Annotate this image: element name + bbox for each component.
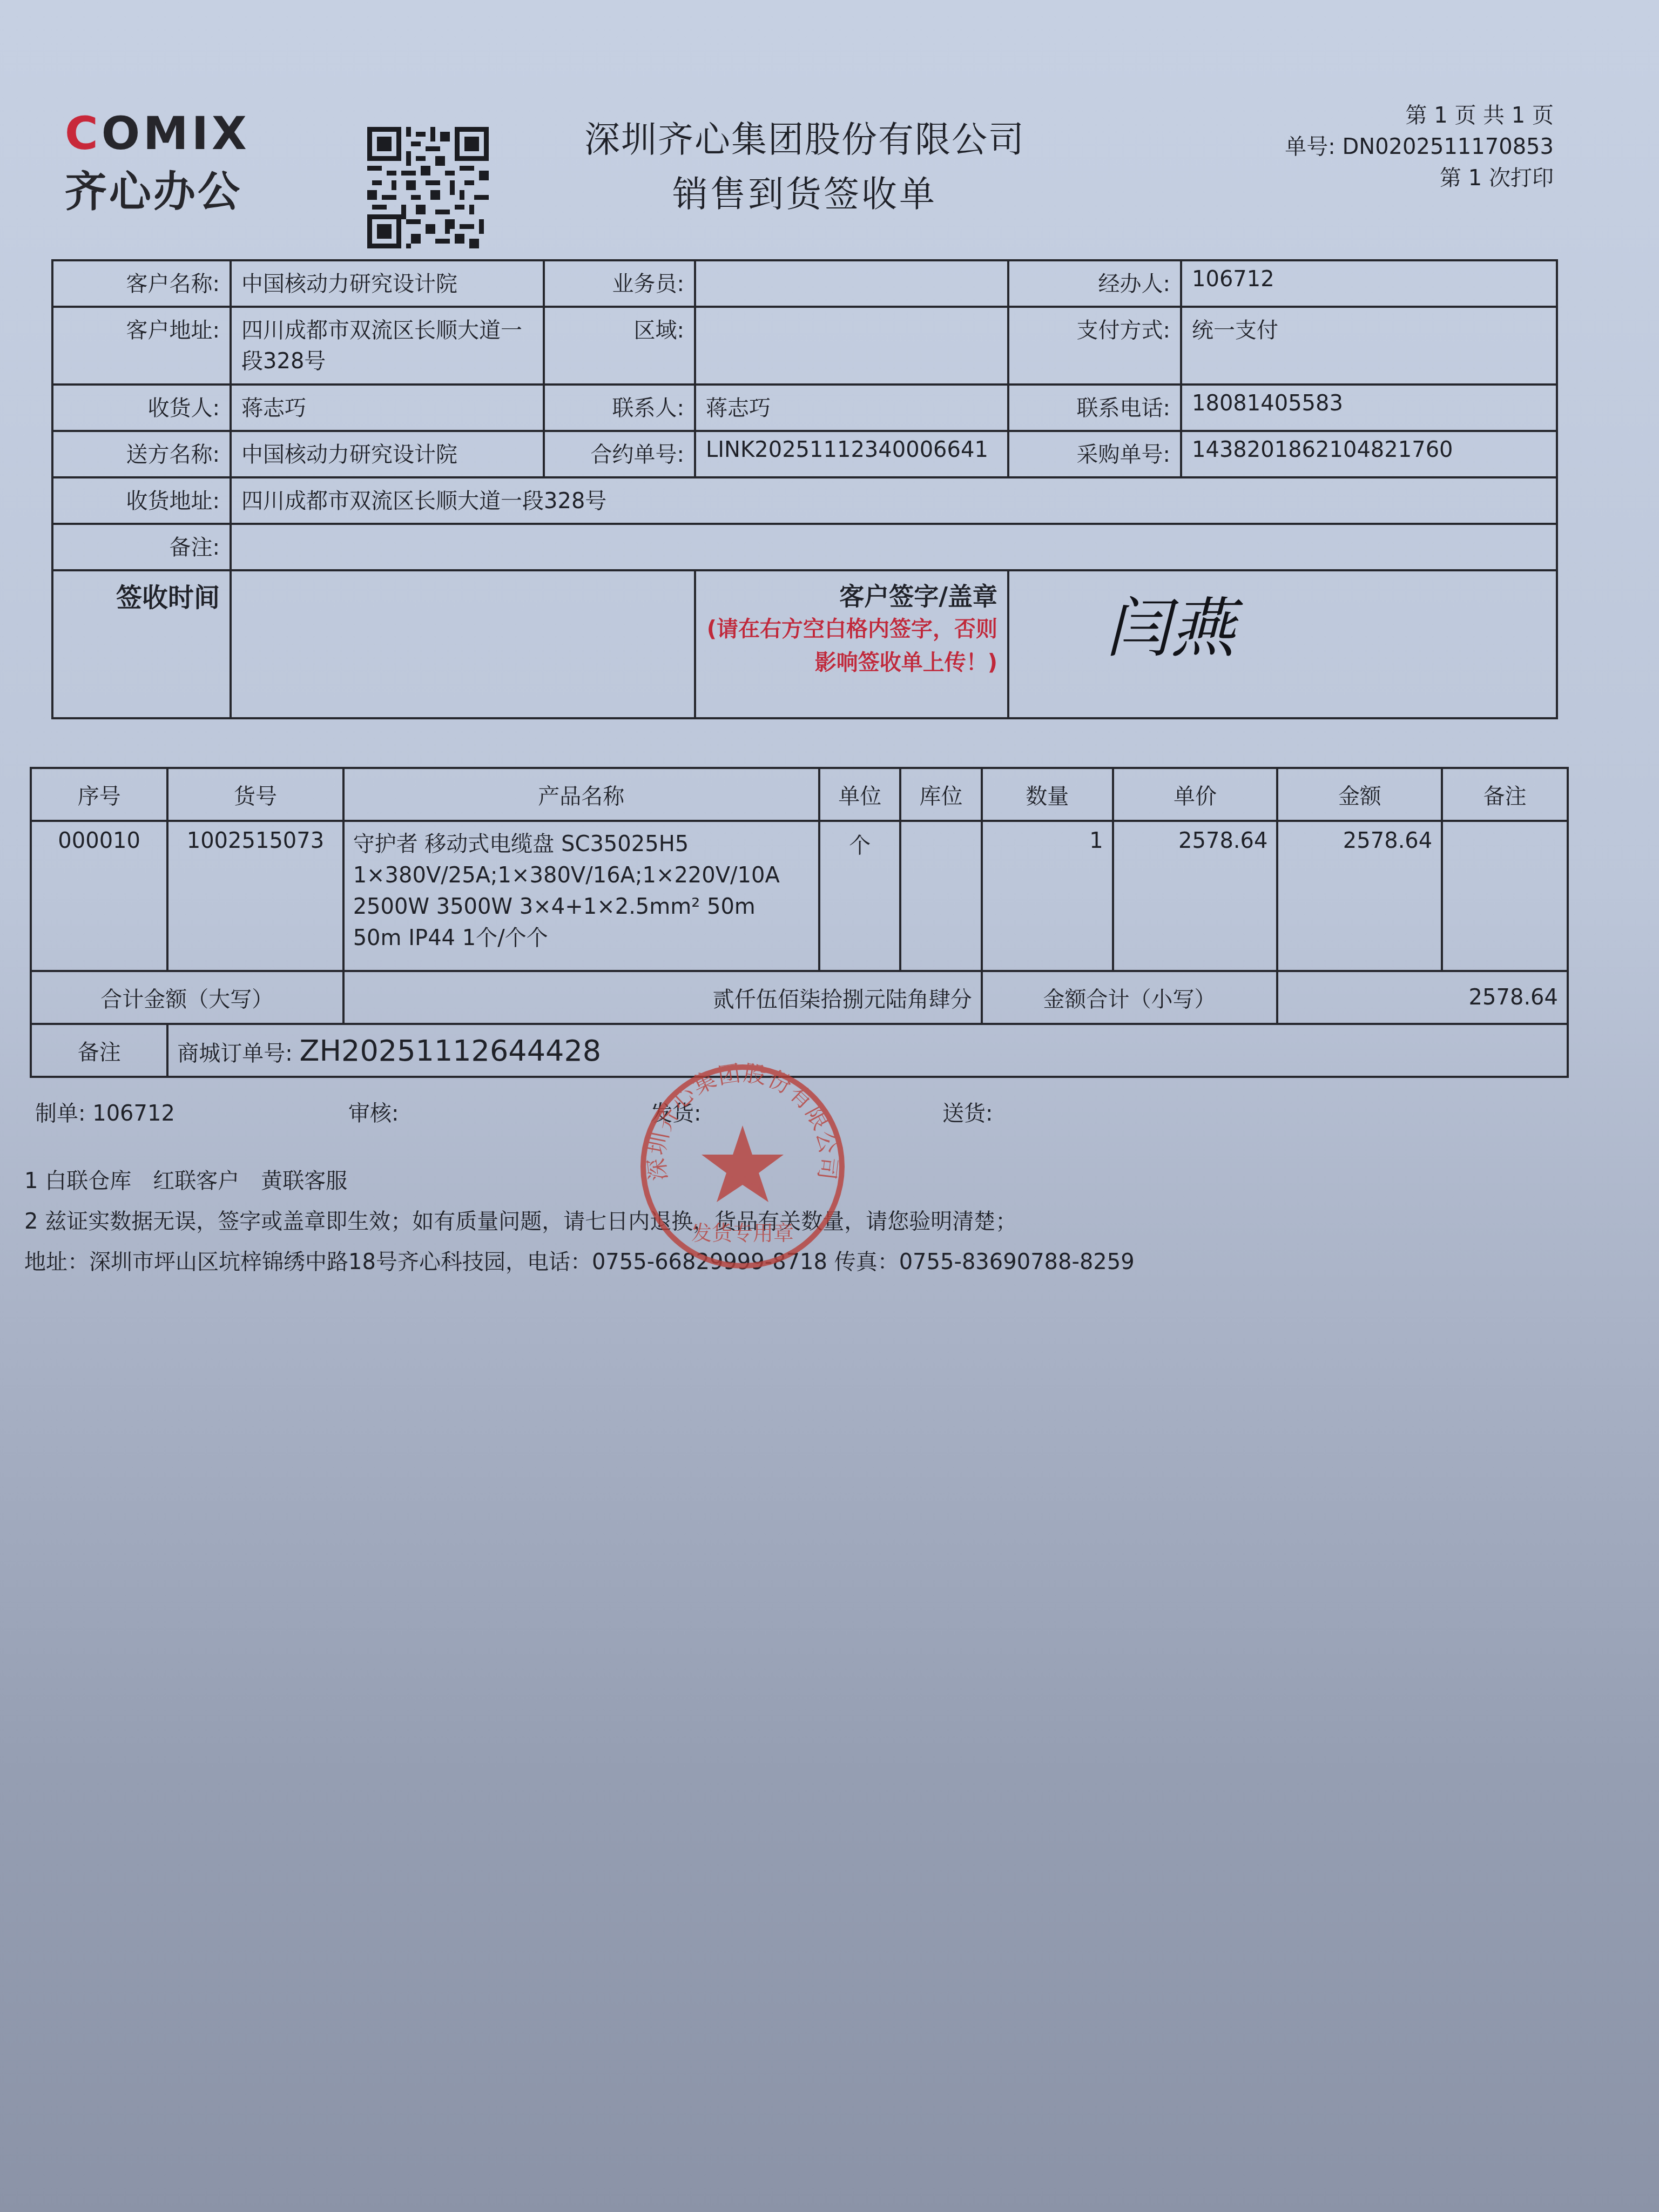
company-seal-stamp: 深圳齐心集团股份有限公司 发货专用章 — [635, 1058, 851, 1274]
comix-logo: COMIX 齐心办公 — [65, 111, 250, 219]
item-seq: 000010 — [31, 821, 167, 971]
ship-to-value: 中国核动力研究设计院 — [231, 431, 544, 477]
maker-label: 制单: — [35, 1096, 85, 1127]
customer-sign-instructions: 客户签字/盖章 (请在右方空白格内签字，否则影响签收单上传！) — [695, 570, 1008, 718]
handler-value: 106712 — [1181, 260, 1557, 307]
contact-value: 蒋志巧 — [695, 385, 1008, 431]
doc-no-value: DN0202511170853 — [1342, 134, 1554, 159]
payment-value: 统一支付 — [1181, 307, 1557, 385]
delivery-address-label: 收货地址: — [52, 477, 231, 524]
col-remark: 备注 — [1442, 768, 1568, 821]
customer-name-label: 客户名称: — [52, 260, 231, 307]
region-value — [695, 307, 1008, 385]
col-qty: 数量 — [982, 768, 1113, 821]
mall-order-no: ZH20251112644428 — [300, 1034, 602, 1068]
print-count: 第 1 次打印 — [1285, 163, 1554, 194]
note-copies: 1 白联仓库 红联客户 黄联客服 — [24, 1161, 1135, 1202]
col-location: 库位 — [900, 768, 981, 821]
customer-name-value: 中国核动力研究设计院 — [231, 260, 544, 307]
sign-time-field[interactable] — [231, 570, 695, 718]
item-unit: 个 — [819, 821, 900, 971]
customer-info-table: 客户名称: 中国核动力研究设计院 业务员: 经办人: 106712 客户地址: … — [51, 259, 1558, 719]
payment-label: 支付方式: — [1008, 307, 1181, 385]
order-remark-label: 备注 — [31, 1024, 167, 1077]
col-amount: 金额 — [1277, 768, 1442, 821]
page-info: 第 1 页 共 1 页 — [1285, 100, 1554, 131]
salesman-value — [695, 260, 1008, 307]
total-row: 合计金额（大写） 贰仟伍佰柒拾捌元陆角肆分 金额合计（小写） 2578.64 — [31, 971, 1568, 1024]
footer-notes: 1 白联仓库 红联客户 黄联客服 2 兹证实数据无误，签字或盖章即生效；如有质量… — [24, 1161, 1135, 1283]
col-seq: 序号 — [31, 768, 167, 821]
total-upper-value: 贰仟伍佰柒拾捌元陆角肆分 — [343, 971, 982, 1024]
company-address: 地址：深圳市坪山区坑梓锦绣中路18号齐心科技园，电话：0755-66829999… — [24, 1242, 1135, 1283]
logo-cn: 齐心办公 — [65, 158, 250, 219]
customer-address-label: 客户地址: — [52, 307, 231, 385]
contract-no-label: 合约单号: — [544, 431, 695, 477]
contact-label: 联系人: — [544, 385, 695, 431]
item-price: 2578.64 — [1113, 821, 1278, 971]
total-lower-label: 金额合计（小写） — [982, 971, 1278, 1024]
doc-no-label: 单号: — [1285, 134, 1335, 159]
phone-value: 18081405583 — [1181, 385, 1557, 431]
ship-to-label: 送方名称: — [52, 431, 231, 477]
signature-box[interactable]: 闫燕 — [1008, 570, 1557, 718]
deliver-label: 送货: — [942, 1096, 993, 1127]
phone-label: 联系电话: — [1008, 385, 1181, 431]
item-remark — [1442, 821, 1568, 971]
item-name: 守护者 移动式电缆盘 SC35025H5 1×380V/25A;1×380V/1… — [343, 821, 819, 971]
col-unit: 单位 — [819, 768, 900, 821]
total-upper-label: 合计金额（大写） — [31, 971, 343, 1024]
salesman-label: 业务员: — [544, 260, 695, 307]
item-qty: 1 — [982, 821, 1113, 971]
logo-brand: COMIX — [65, 111, 250, 156]
company-name: 深圳齐心集团股份有限公司 — [572, 111, 1037, 162]
handwritten-signature: 闫燕 — [1019, 577, 1546, 670]
remark-label: 备注: — [52, 524, 231, 570]
star-icon — [702, 1125, 784, 1202]
delivery-receipt: COMIX 齐心办公 深圳齐心集团股份有限公司 销售到货签收单 第 1 页 共 … — [0, 0, 1659, 2212]
region-label: 区域: — [544, 307, 695, 385]
table-row: 000010 1002515073 守护者 移动式电缆盘 SC35025H5 1… — [31, 821, 1568, 971]
item-amount: 2578.64 — [1277, 821, 1442, 971]
stamp-subtext: 发货专用章 — [691, 1221, 794, 1245]
purchase-no-value: 1438201862104821760 — [1181, 431, 1557, 477]
contract-no-value: LINK20251112340006641 — [695, 431, 1008, 477]
title-block: 深圳齐心集团股份有限公司 销售到货签收单 — [572, 111, 1037, 217]
item-sku: 1002515073 — [167, 821, 343, 971]
sign-time-label: 签收时间 — [52, 570, 231, 718]
items-table: 序号 货号 产品名称 单位 库位 数量 单价 金额 备注 000010 1002… — [30, 767, 1569, 1078]
document-number: 单号: DN0202511170853 — [1285, 131, 1554, 163]
remark-value — [231, 524, 1557, 570]
delivery-address-value: 四川成都市双流区长顺大道一段328号 — [231, 477, 1557, 524]
col-sku: 货号 — [167, 768, 343, 821]
customer-address-value: 四川成都市双流区长顺大道一段328号 — [231, 307, 544, 385]
item-location — [900, 821, 981, 971]
receiver-label: 收货人: — [52, 385, 231, 431]
document-title: 销售到货签收单 — [572, 165, 1037, 217]
review-label: 审核: — [348, 1096, 651, 1127]
maker: 制单: 106712 — [35, 1096, 348, 1127]
col-price: 单价 — [1113, 768, 1278, 821]
handler-label: 经办人: — [1008, 260, 1181, 307]
order-remark-value: 商城订单号: ZH20251112644428 — [167, 1024, 1568, 1077]
purchase-no-label: 采购单号: — [1008, 431, 1181, 477]
receiver-value: 蒋志巧 — [231, 385, 544, 431]
col-name: 产品名称 — [343, 768, 819, 821]
mall-order-label: 商城订单号: — [177, 1041, 292, 1066]
items-header-row: 序号 货号 产品名称 单位 库位 数量 单价 金额 备注 — [31, 768, 1568, 821]
total-lower-value: 2578.64 — [1277, 971, 1568, 1024]
note-terms: 2 兹证实数据无误，签字或盖章即生效；如有质量问题，请七日内退换，货品有关数量，… — [24, 1202, 1135, 1242]
customer-sign-label: 客户签字/盖章 — [706, 577, 997, 612]
document-meta: 第 1 页 共 1 页 单号: DN0202511170853 第 1 次打印 — [1285, 100, 1554, 194]
maker-value: 106712 — [92, 1101, 175, 1126]
customer-sign-note: (请在右方空白格内签字，否则影响签收单上传！) — [706, 612, 997, 679]
qr-code-icon — [367, 127, 489, 248]
